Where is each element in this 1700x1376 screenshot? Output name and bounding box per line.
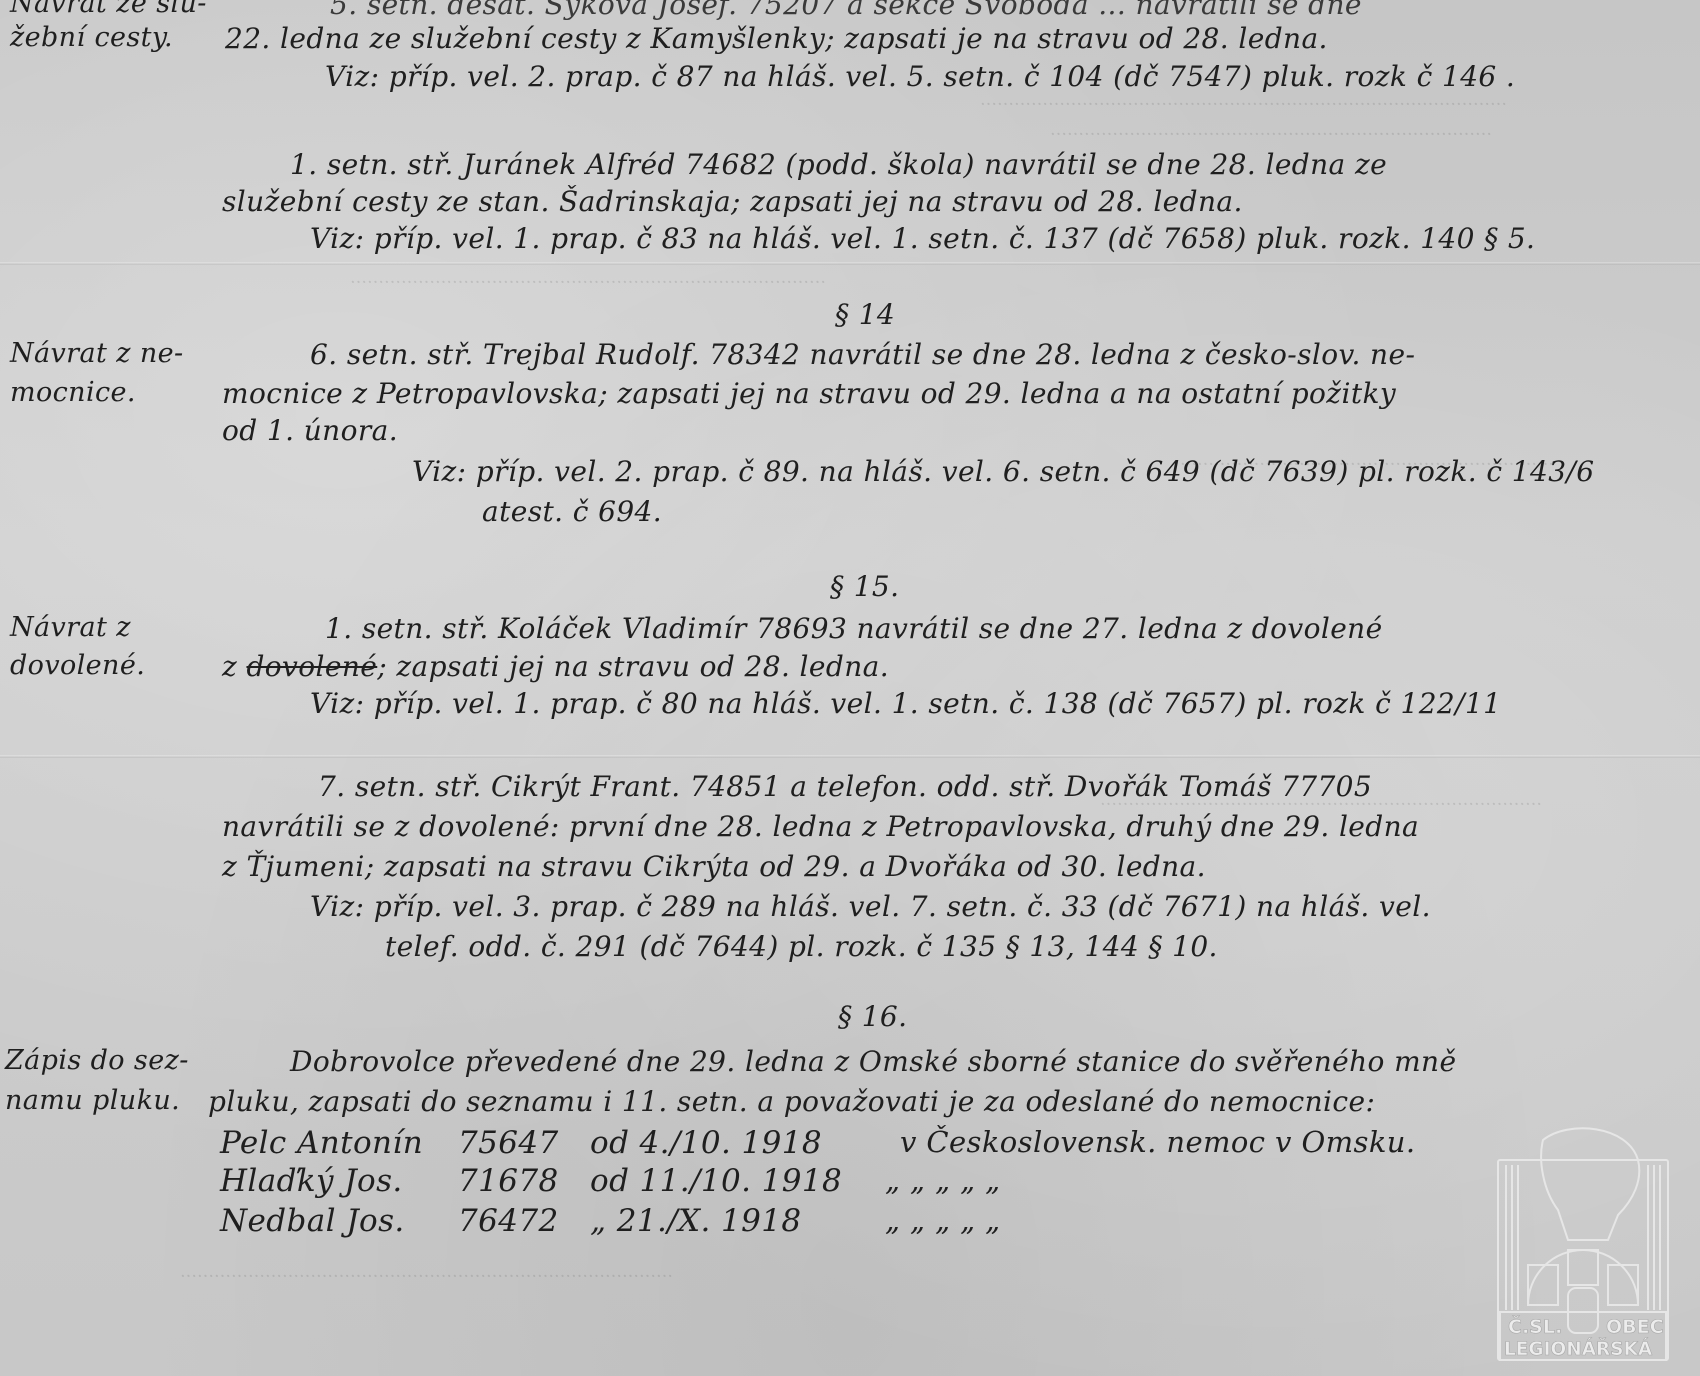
paper-fold bbox=[0, 262, 1700, 265]
roster-from: od 4./10. 1918 bbox=[590, 1125, 822, 1161]
bleed-through-text: …………………………………………………………………… bbox=[1050, 120, 1492, 140]
reference-line: Viz: příp. vel. 2. prap. č 89. na hláš. … bbox=[412, 455, 1594, 488]
paragraph-heading: § 16. bbox=[838, 1000, 907, 1033]
reference-line: telef. odd. č. 291 (dč 7644) pl. rozk. č… bbox=[385, 930, 1218, 963]
stamp-text: OBEC bbox=[1606, 1316, 1664, 1338]
margin-note: mocnice. bbox=[10, 377, 136, 408]
entry-line-with-strikethrough: z dovolené; zapsati jej na stravu od 28.… bbox=[222, 650, 889, 683]
roster-name: Hlaďký Jos. bbox=[220, 1163, 403, 1199]
roster-name: Pelc Antonín bbox=[220, 1125, 423, 1161]
paragraph-heading: § 14 bbox=[835, 298, 895, 331]
entry-line: z Ťjumeni; zapsati na stravu Cikrýta od … bbox=[222, 850, 1206, 883]
entry-line: 5. setn. desát. Syková Josef. 75207 a se… bbox=[330, 0, 1362, 21]
reference-line: Viz: příp. vel. 3. prap. č 289 na hláš. … bbox=[310, 890, 1431, 923]
reference-line: Viz: příp. vel. 1. prap. č 80 na hláš. v… bbox=[310, 687, 1501, 720]
entry-line: Dobrovolce převedené dne 29. ledna z Oms… bbox=[290, 1045, 1456, 1078]
entry-line: 22. ledna ze služební cesty z Kamyšlenky… bbox=[225, 22, 1328, 55]
entry-line: pluku, zapsati do seznamu i 11. setn. a … bbox=[208, 1085, 1375, 1118]
roster-number: 71678 bbox=[458, 1163, 559, 1199]
bleed-through-text: ………………………………………………………………………… bbox=[350, 268, 826, 288]
legion-emblem-icon: Č.SL. OBEC LEGIONÁŘSKÁ bbox=[1488, 1120, 1678, 1370]
bleed-through-text: …………………………………………………………………………… bbox=[180, 1262, 673, 1282]
reference-line: Viz: příp. vel. 1. prap. č 83 na hláš. v… bbox=[310, 222, 1535, 255]
stamp-text: LEGIONÁŘSKÁ bbox=[1504, 1338, 1653, 1360]
roster-number: 75647 bbox=[458, 1125, 559, 1161]
struck-word: dovolené bbox=[246, 650, 377, 683]
entry-line: od 1. února. bbox=[222, 414, 398, 447]
roster-place: „ „ „ „ „ bbox=[885, 1203, 1001, 1237]
entry-line: 7. setn. stř. Cikrýt Frant. 74851 a tele… bbox=[318, 770, 1372, 803]
roster-place: „ „ „ „ „ bbox=[885, 1163, 1001, 1197]
roster-name: Nedbal Jos. bbox=[220, 1203, 405, 1239]
legion-emblem-stamp: Č.SL. OBEC LEGIONÁŘSKÁ bbox=[1488, 1120, 1678, 1370]
reference-line: Viz: příp. vel. 2. prap. č 87 na hláš. v… bbox=[325, 60, 1515, 93]
entry-line: služební cesty ze stan. Šadrinskaja; zap… bbox=[222, 185, 1243, 218]
entry-line: 6. setn. stř. Trejbal Rudolf. 78342 navr… bbox=[310, 338, 1415, 371]
entry-line: 1. setn. stř. Koláček Vladimír 78693 nav… bbox=[325, 612, 1383, 645]
margin-note: Návrat z ne- bbox=[10, 338, 184, 369]
entry-line: 1. setn. stř. Juránek Alfréd 74682 (podd… bbox=[290, 148, 1387, 181]
margin-note: Návrat ze slu- bbox=[10, 0, 207, 19]
margin-note: Návrat z bbox=[10, 612, 131, 643]
roster-number: 76472 bbox=[458, 1203, 559, 1239]
margin-note: namu pluku. bbox=[5, 1085, 180, 1116]
roster-place: v Československ. nemoc v Omsku. bbox=[900, 1125, 1415, 1159]
margin-note: Zápis do sez- bbox=[5, 1045, 189, 1076]
margin-note: žební cesty. bbox=[10, 22, 173, 53]
reference-line: atest. č 694. bbox=[482, 495, 662, 528]
entry-line: mocnice z Petropavlovska; zapsati jej na… bbox=[222, 377, 1396, 410]
entry-line: navrátili se z dovolené: první dne 28. l… bbox=[222, 810, 1419, 843]
paragraph-heading: § 15. bbox=[830, 570, 899, 603]
roster-from: „ 21./X. 1918 bbox=[590, 1203, 802, 1239]
paper-fold bbox=[0, 755, 1700, 758]
roster-from: od 11./10. 1918 bbox=[590, 1163, 842, 1199]
margin-note: dovolené. bbox=[10, 650, 145, 681]
stamp-text: Č.SL. bbox=[1508, 1314, 1562, 1338]
bleed-through-text: ………………………………………………………………………………… bbox=[980, 90, 1507, 110]
